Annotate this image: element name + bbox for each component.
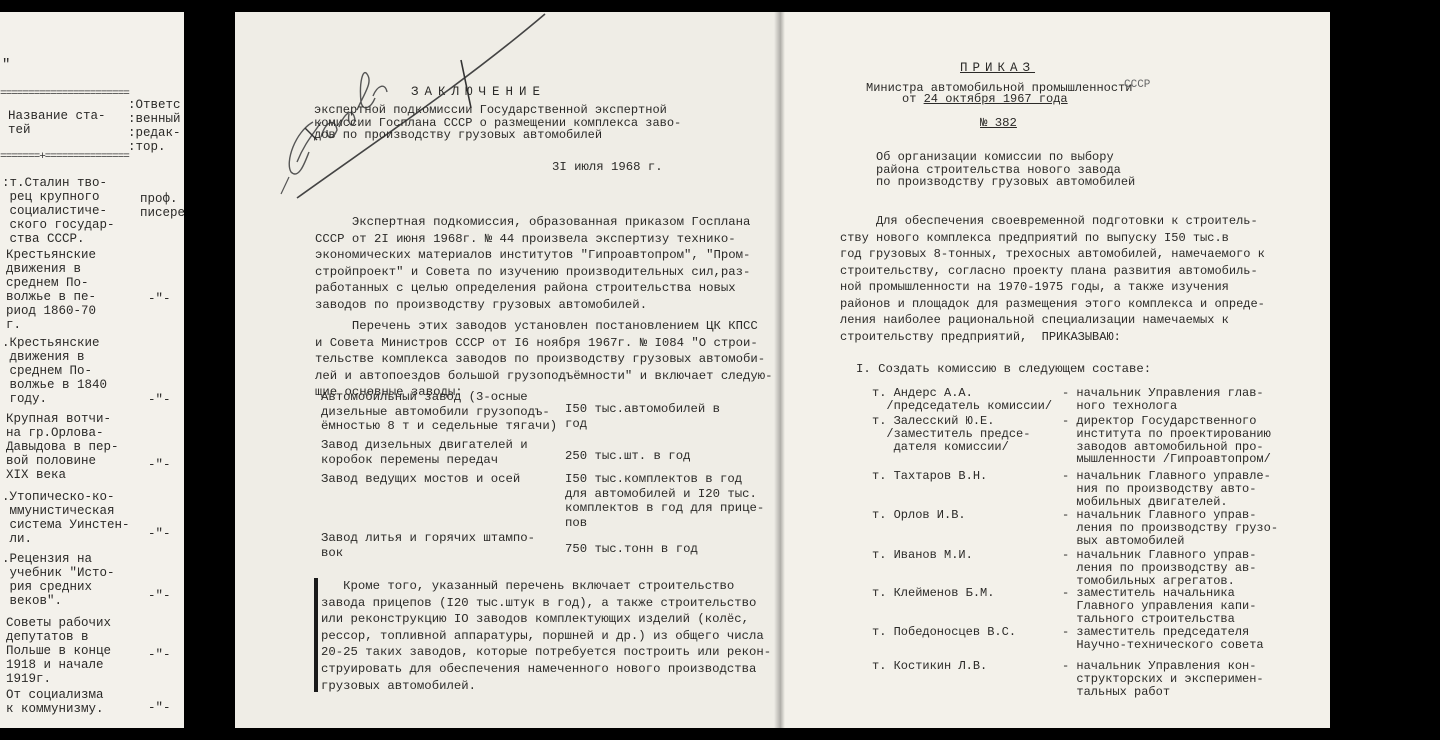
document-title: ЗАКЛЮЧЕНИЕ xyxy=(411,86,546,99)
paragraph-3: Кроме того, указанный перечень включает … xyxy=(321,578,771,694)
order-clause-1: I. Создать комиссию в следующем составе: xyxy=(856,362,1151,377)
plant-name: Завод дизельных двигателей и коробок пер… xyxy=(321,438,528,467)
table-row-editor: -"- xyxy=(148,702,171,715)
table-row-title: :т.Сталин тво- рец крупного социалистиче… xyxy=(2,176,115,246)
plant-name: Автомобильный завод (3-осные дизельные а… xyxy=(321,390,557,434)
table-row-editor: проф. писере xyxy=(140,192,185,220)
commission-member-role: - начальник Управления кон- структорских… xyxy=(1062,660,1264,698)
commission-member-role: - начальник Главного управ- ления по про… xyxy=(1062,549,1256,587)
table-row-editor: -"- xyxy=(148,528,171,541)
commission-member-role: - начальник Управления глав- ного технол… xyxy=(1062,387,1264,413)
table-row-editor: -"- xyxy=(148,394,171,407)
order-title: ПРИКАЗ xyxy=(960,62,1035,75)
table-header-editor: :Ответс :венный :редак- :тор. xyxy=(128,98,181,154)
table-header-title: Название ста- тей xyxy=(8,109,106,137)
table-row-title: От социализма к коммунизму. xyxy=(6,688,104,716)
order-date: 24 октября 1967 года xyxy=(924,92,1068,106)
plant-name: Завод литья и горячих штампо- вок xyxy=(321,531,535,560)
order-body: Для обеспечения своевременной подготовки… xyxy=(840,213,1265,345)
commission-member-role: - начальник Главного управ- ления по про… xyxy=(1062,509,1278,547)
document-subtitle: экспертной подкомиссии Государственной э… xyxy=(314,104,681,142)
order-page: ПРИКАЗ Министра автомобильной промышленн… xyxy=(780,12,1330,728)
order-date-line: от 24 октября 1967 года xyxy=(902,93,1068,105)
commission-member-name: т. Орлов И.В. xyxy=(872,509,966,522)
commission-member-name: т. Победоносцев В.С. xyxy=(872,626,1016,639)
table-row-editor: -"- xyxy=(148,293,171,306)
order-subject: Об организации комиссии по выбору района… xyxy=(876,151,1135,189)
commission-member-name: т. Тахтаров В.Н. xyxy=(872,470,987,483)
commission-member-name: т. Андерс А.А. /председатель комиссии/ xyxy=(872,387,1052,413)
document-date: 3I июля 1968 г. xyxy=(552,160,663,175)
order-number: № 382 xyxy=(980,116,1017,131)
plant-name: Завод ведущих мостов и осей xyxy=(321,472,520,487)
order-issuer-suffix: СССР xyxy=(1124,78,1150,93)
table-row-editor: -"- xyxy=(148,459,171,472)
table-row-title: Советы рабочих депутатов в Польше в конц… xyxy=(6,616,111,686)
table-row-editor: -"- xyxy=(148,649,171,662)
conclusion-page: ЗАКЛЮЧЕНИЕ экспертной подкомиссии Госуда… xyxy=(235,12,780,728)
commission-member-name: т. Залесский Ю.Е. /заместитель предсе- д… xyxy=(872,415,1030,453)
commission-member-role: - заместитель начальника Главного управл… xyxy=(1062,587,1256,625)
gutter-shadow xyxy=(780,12,785,728)
commission-member-name: т. Костикин Л.В. xyxy=(872,660,987,673)
quote-mark: " xyxy=(2,58,10,72)
table-row-title: Крупная вотчи- на гр.Орлова- Давыдова в … xyxy=(6,412,119,482)
commission-member-name: т. Иванов М.И. xyxy=(872,549,973,562)
left-page-fragment: " ======================= Название ста- … xyxy=(0,12,184,728)
commission-member-name: т. Клейменов Б.М. xyxy=(872,587,994,600)
table-row-title: .Рецензия на учебник "Исто- рия средних … xyxy=(2,552,115,608)
table-rule-mid: =======+=============== xyxy=(0,152,184,163)
plant-capacity: I50 тыс.комплектов в год для автомобилей… xyxy=(565,472,764,530)
plant-capacity: 750 тыс.тонн в год xyxy=(565,542,698,557)
paragraph-2: Перечень этих заводов установлен постано… xyxy=(315,318,773,401)
commission-member-role: - начальник Главного управле- ния по про… xyxy=(1062,470,1271,508)
order-date-prefix: от xyxy=(902,92,924,106)
table-row-title: .Утопическо-ко- ммунистическая система У… xyxy=(2,490,130,546)
table-row-editor: -"- xyxy=(148,590,171,603)
commission-member-role: - директор Государственного института по… xyxy=(1062,415,1271,466)
margin-marker-bar xyxy=(314,578,318,692)
plant-capacity: 250 тыс.шт. в год xyxy=(565,449,690,464)
plant-capacity: I50 тыс.автомобилей в год xyxy=(565,402,720,431)
paragraph-1: Экспертная подкомиссия, образованная при… xyxy=(315,214,750,314)
table-row-title: Крестьянские движения в среднем По- волж… xyxy=(6,248,96,332)
table-row-title: .Крестьянские движения в среднем По- вол… xyxy=(2,336,107,406)
commission-member-role: - заместитель председателя Научно-технич… xyxy=(1062,626,1264,652)
